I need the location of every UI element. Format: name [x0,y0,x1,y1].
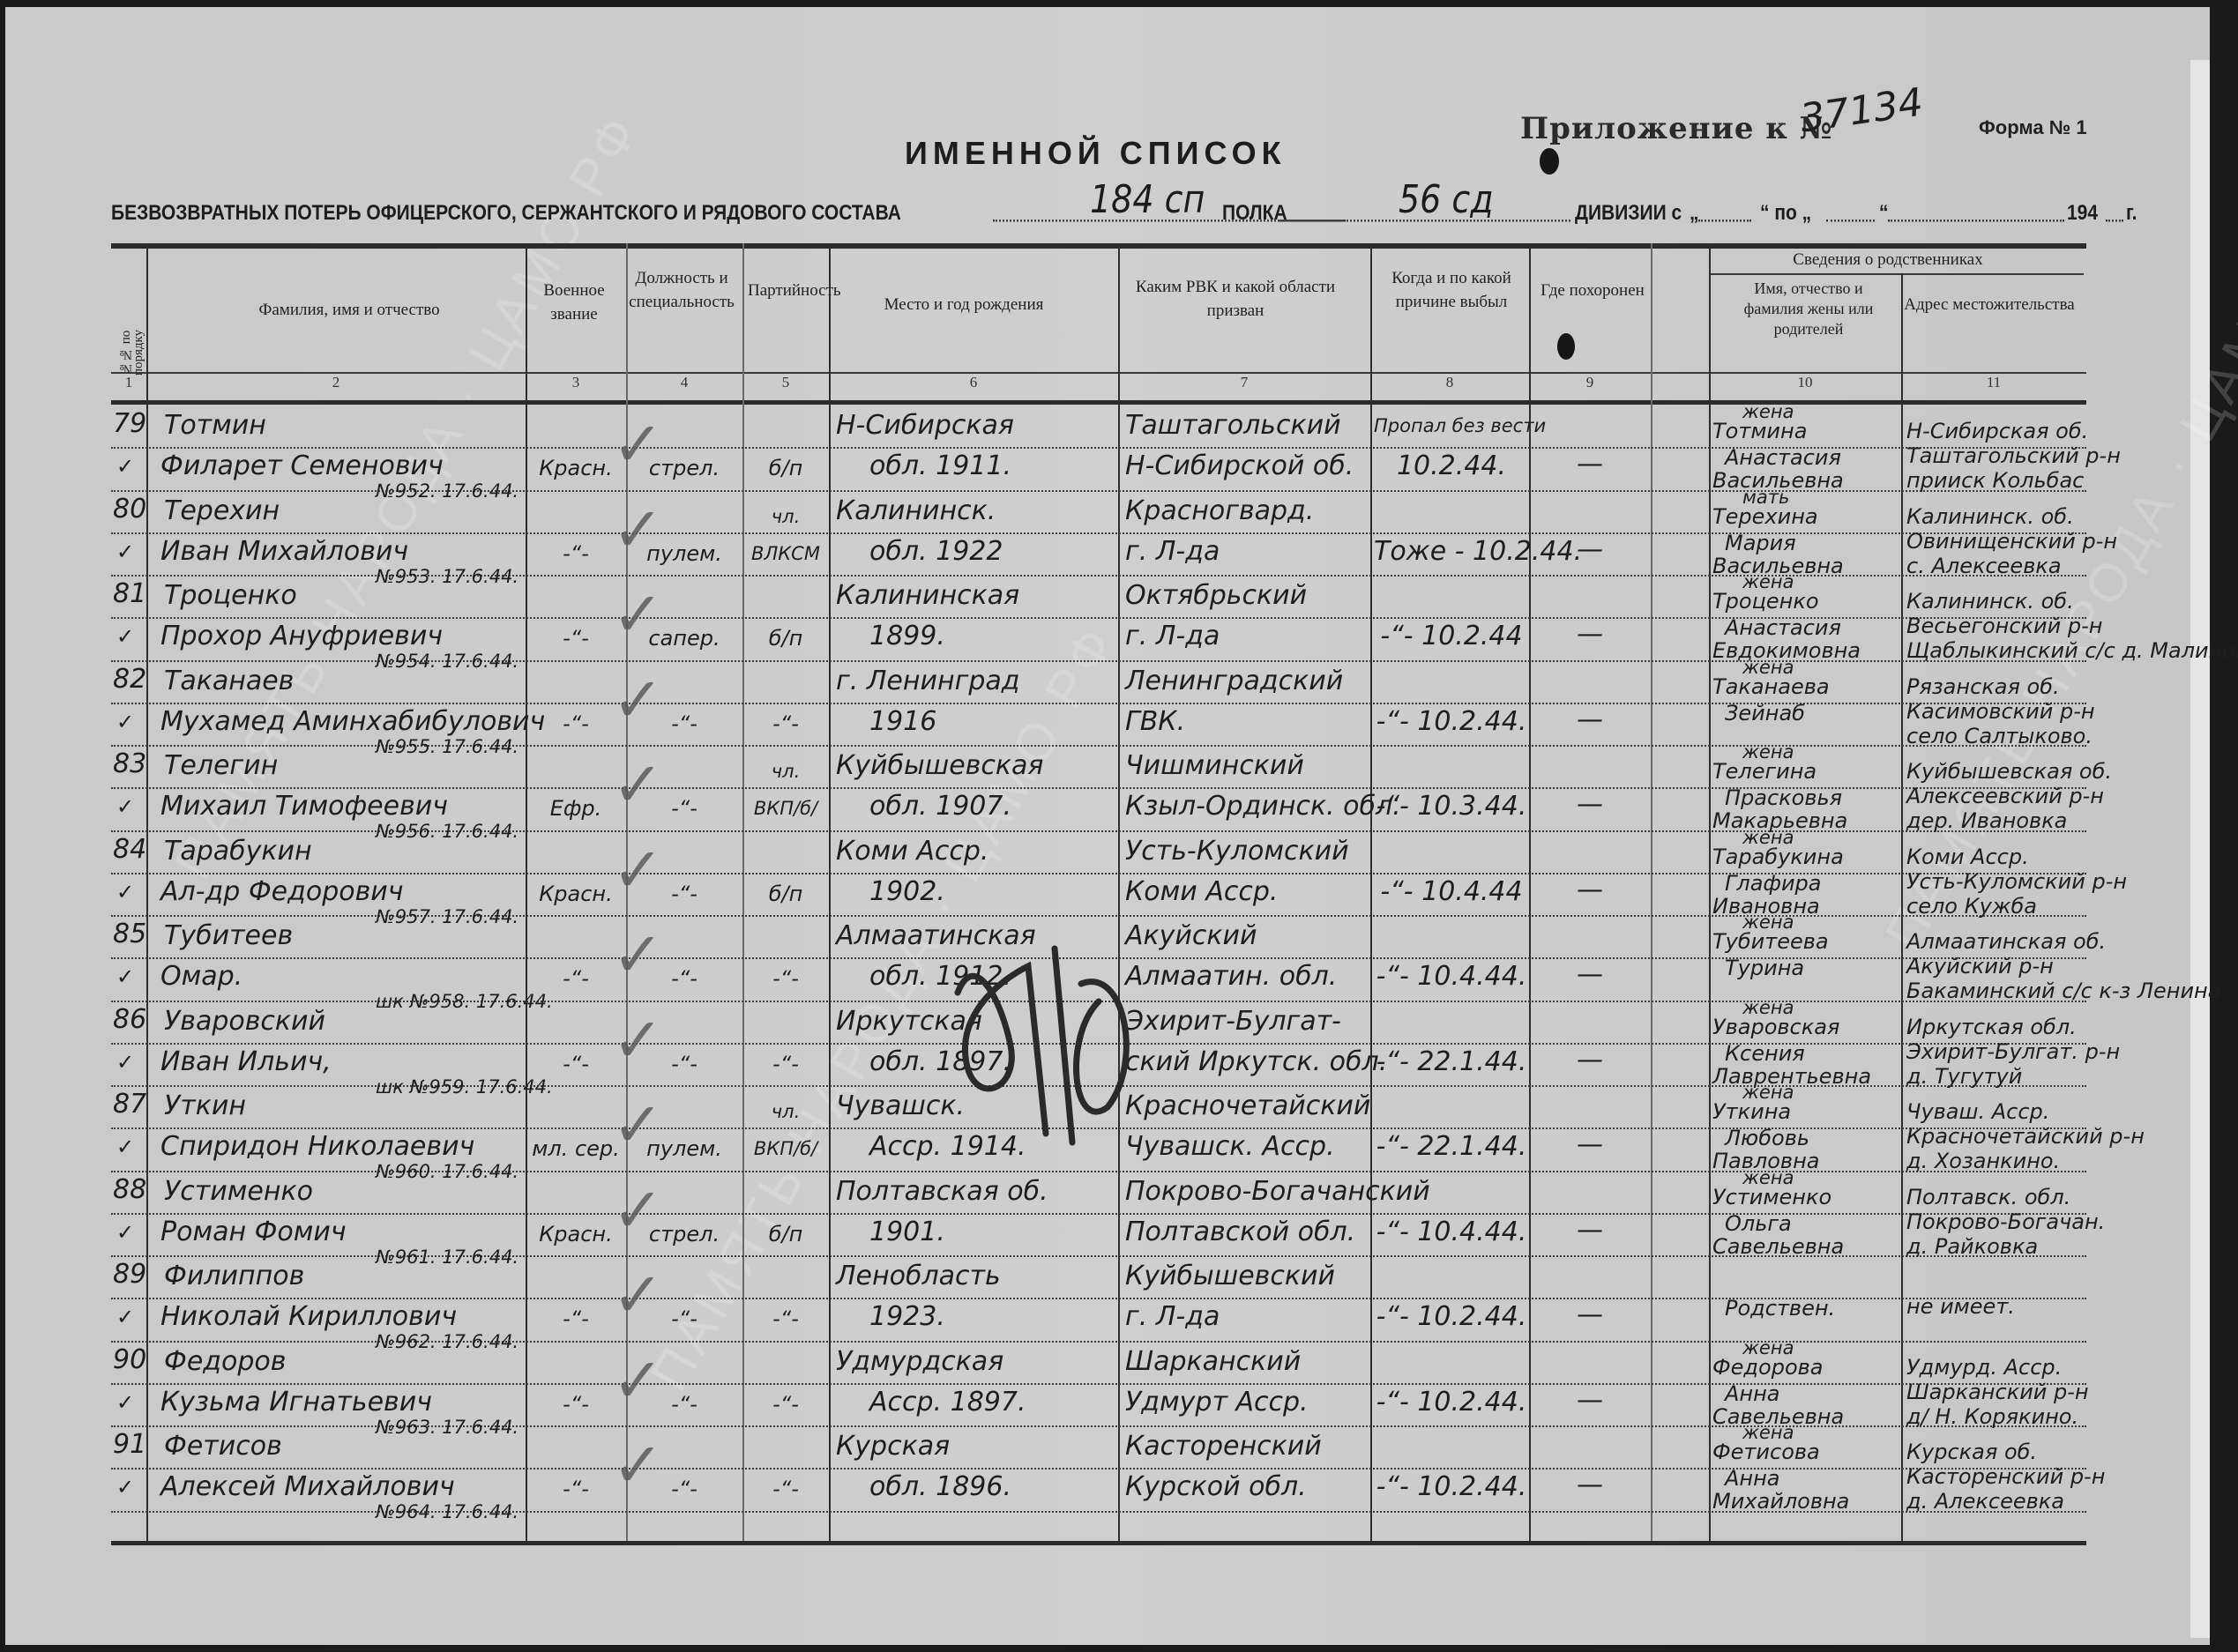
tick-icon: ✓ [116,534,134,569]
burial-place: — [1529,1127,1651,1163]
surname: Устименко [164,1174,313,1209]
tick-icon: ✓ [116,1215,134,1250]
address-line2: не имеет. [1906,1289,2015,1324]
form-number: Форма № 1 [1979,116,2087,139]
column-number: 9 [1529,374,1651,391]
record-number: 89 [113,1257,146,1292]
given-name: Омар. [160,959,242,994]
period-from-quote: „ [1690,202,1699,227]
burial-place: — [1529,787,1651,822]
column-number: 11 [1901,374,2086,391]
party: -“- [742,961,829,996]
draft-region: г. Л-да [1125,534,1220,569]
tick-icon: ✓ [116,789,134,824]
military-rank: -“- [526,706,626,741]
birthplace: Н-Сибирская [836,408,1014,443]
loss-date: -“- 22.1.44. [1374,1129,1529,1165]
loss-date: -“- 10.4.44. [1374,959,1529,994]
tick-icon: ✓ [116,959,134,994]
party: б/п [742,1217,829,1252]
column-number: 5 [742,374,829,391]
column-number: 6 [829,374,1118,391]
burial-place: — [1529,1468,1651,1503]
tick-icon: ✓ [116,1299,134,1335]
given-name: Иван Ильич, [160,1045,332,1080]
birth-year: 1899. [869,619,945,654]
page-title: ИМЕННОЙ СПИСОК [905,135,1287,172]
draft-region: Коми Асср. [1125,874,1278,910]
draft-office: Октябрьский [1125,578,1307,614]
column-number: 8 [1370,374,1529,391]
tick-icon: ✓ [116,1385,134,1420]
burial-place: — [1529,957,1651,993]
loss-reason: Пропал без вести [1374,408,1546,443]
surname: Терехин [164,494,280,529]
party: -“- [742,1387,829,1422]
party: -“- [742,1471,829,1507]
party: -“- [742,706,829,741]
check-mark-icon: ✓ [612,1434,664,1496]
draft-office: Красногвард. [1125,494,1314,529]
check-mark-icon: ✓ [612,669,664,731]
surname: Троценко [164,578,297,614]
draft-region: Полтавской обл. [1125,1215,1355,1250]
draft-office: Покрово-Богачанский [1125,1174,1430,1209]
check-mark-icon: ✓ [612,1264,664,1326]
col-header-rvk: Каким РВК и какой области призван [1121,275,1350,323]
stamp-number: 37134 [1797,80,1926,142]
subtitle-line: БЕЗВОЗВРАТНЫХ ПОТЕРЬ ОФИЦЕРСКОГО, СЕРЖАН… [111,191,2095,232]
given-name: Ал-др Федорович [160,874,404,910]
draft-region: Кзыл-Ординск. обл. [1125,789,1401,824]
record-number: 88 [113,1172,146,1208]
column-number: 10 [1709,374,1901,391]
birth-year: Асср. 1897. [869,1385,1026,1420]
draft-office: Касторенский [1125,1429,1322,1464]
draft-office: Куйбышевский [1125,1259,1335,1294]
subtitle-text: БЕЗВОЗВРАТНЫХ ПОТЕРЬ ОФИЦЕРСКОГО, СЕРЖАН… [111,202,901,227]
military-rank: Красн. [526,1217,626,1252]
record-number: 84 [113,832,146,867]
draft-region: ГВК. [1125,704,1185,740]
burial-place: — [1529,447,1651,482]
surname: Тарабукин [164,834,312,869]
col-header-party: Партийность [748,279,824,302]
military-rank: Красн. [526,876,626,912]
burial-place: — [1529,1298,1651,1333]
tick-icon: ✓ [116,1129,134,1165]
record-number: 85 [113,917,146,952]
col-header-relative-name: Имя, отчество и фамилия жены или родител… [1725,279,1892,339]
col-header-position: Должность и специальность [626,266,737,314]
tick-icon: ✓ [116,874,134,910]
burial-place: — [1529,617,1651,652]
ink-blot [1540,148,1559,175]
birthplace: Ленобласть [836,1259,1001,1294]
stamp-label: Приложение к № [1520,111,1833,146]
relatives-group-rule [1709,273,2084,275]
surname: Тубитеев [164,919,293,954]
surname: Уткин [164,1089,246,1124]
relative-patronymic: Михайловна [1712,1484,1849,1519]
page-edge [2190,60,2210,1638]
record-number: 79 [113,406,146,442]
loss-date: -“- 10.2.44. [1374,1299,1529,1335]
burial-place: — [1529,1213,1651,1248]
check-mark-icon: ✓ [612,1350,664,1411]
birth-year: обл. 1907. [869,789,1011,824]
record-number: 86 [113,1002,146,1038]
record-number: 90 [113,1343,146,1378]
relative-given: Зейнаб [1725,696,1805,731]
regiment-value: 184 сп [1090,177,1205,222]
table-row: 82ТаканаевМухамед Аминхабибулович№955. 1… [111,660,2086,746]
party: б/п [742,876,829,912]
draft-region: г. Л-да [1125,619,1220,654]
table-row: 88УстименкоРоман Фомич№961. 17.6.44.Крас… [111,1171,2086,1256]
draft-office: Ленинградский [1125,664,1343,699]
table-row: 89ФилипповНиколай Кириллович№962. 17.6.4… [111,1255,2086,1341]
burial-place: — [1529,1043,1651,1078]
surname: Телегин [164,748,278,784]
birth-year: обл. 1922 [869,534,1003,569]
birthplace: Удмурдская [836,1344,1003,1380]
regiment-label: ПОЛКА [1222,202,1287,227]
birthplace: Коми Асср. [836,834,988,869]
col-header-address: Адрес местожительства [1901,293,2078,316]
division-value: 56 сд [1399,177,1494,222]
surname: Фетисов [164,1429,282,1464]
check-mark-icon: ✓ [612,584,664,645]
surname: Таканаев [164,664,294,699]
party: -“- [742,1046,829,1082]
given-name: Роман Фомич [160,1215,347,1250]
address-line3: д. Алексеевка [1906,1484,2064,1519]
record-number: 91 [113,1427,146,1462]
col-header-name: Фамилия, имя и отчество [146,298,552,322]
draft-office: Усть-Куломский [1125,834,1349,869]
loss-date: Тоже - 10.2.44. [1374,534,1529,569]
burial-place: — [1529,873,1651,908]
entry-number: №964. 17.6.44. [376,1494,518,1529]
birth-year: 1902. [869,874,945,910]
col-header-birth: Место и год рождения [834,293,1093,316]
col-header-rank: Военное звание [526,279,623,326]
military-rank: -“- [526,536,626,571]
birthplace: г. Ленинград [836,664,1020,699]
column-number: 1 [111,374,146,391]
party-line1: чл. [742,754,829,789]
record-number: 80 [113,492,146,527]
loss-date: -“- 10.4.44 [1374,874,1529,910]
draft-office: Шарканский [1125,1344,1301,1380]
record-number: 82 [113,662,146,697]
birthplace: Курская [836,1429,950,1464]
check-mark-icon: ✓ [612,1179,664,1241]
burial-place: — [1529,703,1651,738]
document-page: ПАМЯТЬ НАРОДА · ЦАМО РФ ПАМЯТЬ НАРОДА · … [5,7,2210,1645]
draft-office: Чишминский [1125,748,1304,784]
table-row: 91ФетисовАлексей Михайлович№964. 17.6.44… [111,1425,2086,1511]
surname: Уваровский [164,1004,325,1039]
party: -“- [742,1301,829,1336]
col-header-number: №№ по порядку [120,287,141,376]
birth-year: обл. 1911. [869,449,1011,484]
tick-icon: ✓ [116,704,134,740]
surname: Тотмин [164,408,266,443]
check-mark-icon: ✓ [612,754,664,815]
tick-icon: ✓ [116,1470,134,1505]
table-row: 81ТроценкоПрохор Ануфриевич№954. 17.6.44… [111,575,2086,660]
military-rank: Ефр. [526,791,626,826]
record-number: 87 [113,1087,146,1122]
record-number: 81 [113,577,146,612]
check-mark-icon: ✓ [612,499,664,561]
party-line2: ВКП/б/ [742,1131,829,1166]
check-mark-icon: ✓ [612,924,664,986]
year-label: 194 [2067,202,2098,227]
military-rank: -“- [526,1471,626,1507]
loss-date: -“- 10.2.44. [1374,1470,1529,1505]
military-rank: -“- [526,621,626,656]
party: б/п [742,450,829,486]
military-rank: -“- [526,961,626,996]
draft-region: Удмурт Асср. [1125,1385,1309,1420]
table-row: 79ТотминФиларет Семенович№952. 17.6.44.К… [111,405,2086,490]
birthplace: Полтавская об. [836,1174,1048,1209]
party-line1: чл. [742,499,829,534]
column-number: 4 [626,374,742,391]
birth-year: 1923. [869,1299,945,1335]
military-rank: -“- [526,1046,626,1082]
table-row: 84ТарабукинАл-др Федорович№957. 17.6.44.… [111,830,2086,916]
military-rank: -“- [526,1301,626,1336]
loss-date: -“- 10.3.44. [1374,789,1529,824]
party: б/п [742,621,829,656]
check-mark-icon: ✓ [612,413,664,475]
loss-date: -“- 10.2.44 [1374,619,1529,654]
record-number: 83 [113,747,146,782]
losses-table: №№ по порядку Фамилия, имя и отчество Во… [111,243,2086,1546]
loss-date: -“- 10.2.44. [1374,1385,1529,1420]
burial-place: — [1529,532,1651,568]
loss-date: -“- 22.1.44. [1374,1045,1529,1080]
birthplace: Чувашск. [836,1089,965,1124]
col-header-relatives-group: Сведения о родственниках [1712,248,2064,272]
military-rank: мл. сер. [526,1131,626,1166]
relative-given: Родствен. [1725,1291,1835,1326]
surname: Федоров [164,1344,286,1380]
column-number: 7 [1118,374,1370,391]
tick-icon: ✓ [116,449,134,484]
draft-region: Курской обл. [1125,1470,1307,1505]
check-mark-icon: ✓ [612,1094,664,1156]
col-header-buried: Где похоронен [1540,279,1645,302]
birth-year: обл. 1896. [869,1470,1011,1505]
column-number: 2 [146,374,526,391]
year-suffix: г. [2126,202,2137,227]
military-rank: -“- [526,1387,626,1422]
signature-mark [949,931,1169,1160]
division-label: ДИВИЗИИ с [1575,202,1682,227]
relative-given: Турина [1725,950,1804,986]
table-bottom-rule [111,1541,2086,1545]
check-mark-icon: ✓ [612,1009,664,1071]
surname: Филиппов [164,1259,304,1294]
party-line2: ВЛКСМ [742,536,829,571]
military-rank: Красн. [526,450,626,486]
burial-place: — [1529,1383,1651,1418]
tick-icon: ✓ [116,1045,134,1080]
birthplace: Куйбышевская [836,748,1043,784]
col-header-when: Когда и по какой причине выбыл [1381,266,1522,314]
period-close-quote: “ [1879,202,1889,227]
draft-region: г. Л-да [1125,1299,1220,1335]
loss-date: 10.2.44. [1374,449,1529,484]
check-mark-icon: ✓ [612,839,664,901]
table-row: 90ФедоровКузьма Игнатьевич№963. 17.6.44.… [111,1341,2086,1426]
birth-year: 1916 [869,704,936,740]
table-row: 80ТерехинИван Михайлович№953. 17.6.44.-“… [111,490,2086,576]
given-name: Иван Михайлович [160,534,408,569]
table-row: 83ТелегинМихаил Тимофеевич№956. 17.6.44.… [111,745,2086,830]
draft-office: Таштагольский [1125,408,1341,443]
loss-date: -“- 10.4.44. [1374,1215,1529,1250]
birthplace: Калининская [836,578,1019,614]
party-line2: ВКП/б/ [742,791,829,826]
tick-icon: ✓ [116,619,134,654]
loss-date: -“- 10.2.44. [1374,704,1529,740]
column-number: 3 [526,374,626,391]
party-line1: чл. [742,1094,829,1129]
birthplace: Калининск. [836,494,996,529]
birth-year: 1901. [869,1215,945,1250]
period-to-label: “ по „ [1760,202,1811,227]
draft-region: Н-Сибирской об. [1125,449,1354,484]
